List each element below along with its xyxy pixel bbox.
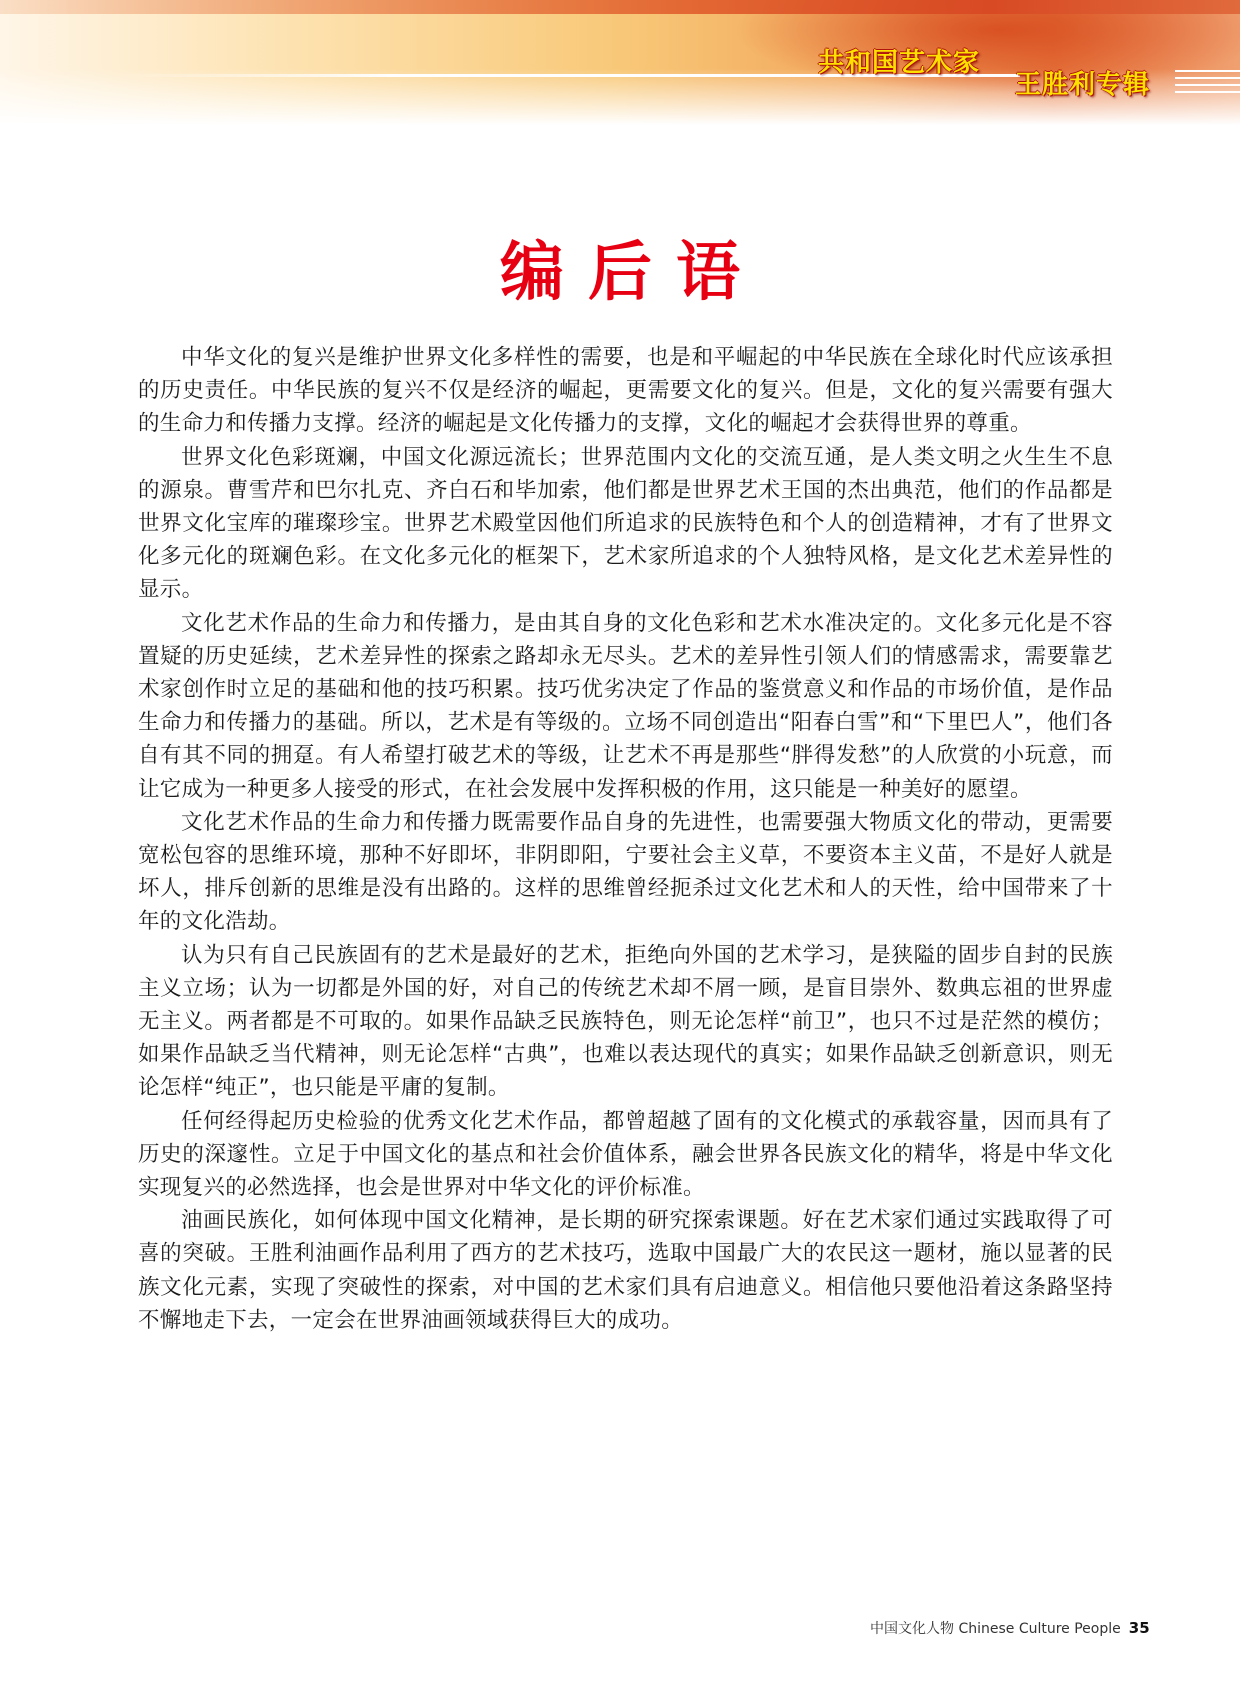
- paragraph: 认为只有自己民族固有的艺术是最好的艺术，拒绝向外国的艺术学习，是狭隘的固步自封的…: [138, 939, 1113, 1105]
- header-banner: 共和国艺术家 王胜利专辑: [0, 0, 1240, 125]
- article-body: 中华文化的复兴是维护世界文化多样性的需要，也是和平崛起的中华民族在全球化时代应该…: [138, 341, 1113, 1337]
- paragraph: 任何经得起历史检验的优秀文化艺术作品，都曾超越了固有的文化模式的承载容量，因而具…: [138, 1105, 1113, 1205]
- publication-name: 中国文化人物 Chinese Culture People: [870, 1621, 1121, 1637]
- paragraph: 文化艺术作品的生命力和传播力，是由其自身的文化色彩和艺术水准决定的。文化多元化是…: [138, 607, 1113, 806]
- issue-title: 王胜利专辑: [1015, 64, 1150, 101]
- paragraph: 中华文化的复兴是维护世界文化多样性的需要，也是和平崛起的中华民族在全球化时代应该…: [138, 341, 1113, 441]
- page-title: 编后语: [0, 221, 1240, 313]
- paragraph: 文化艺术作品的生命力和传播力既需要作品自身的先进性，也需要强大物质文化的带动，更…: [138, 806, 1113, 939]
- series-title: 共和国艺术家: [818, 42, 980, 79]
- paragraph: 油画民族化，如何体现中国文化精神，是长期的研究探索课题。好在艺术家们通过实践取得…: [138, 1204, 1113, 1337]
- paragraph: 世界文化色彩斑斓，中国文化源远流长；世界范围内文化的交流互通，是人类文明之火生生…: [138, 441, 1113, 607]
- banner-decorative-lines: [1175, 70, 1240, 100]
- page-number: 35: [1129, 1619, 1150, 1637]
- page-footer: 中国文化人物 Chinese Culture People35: [870, 1618, 1150, 1638]
